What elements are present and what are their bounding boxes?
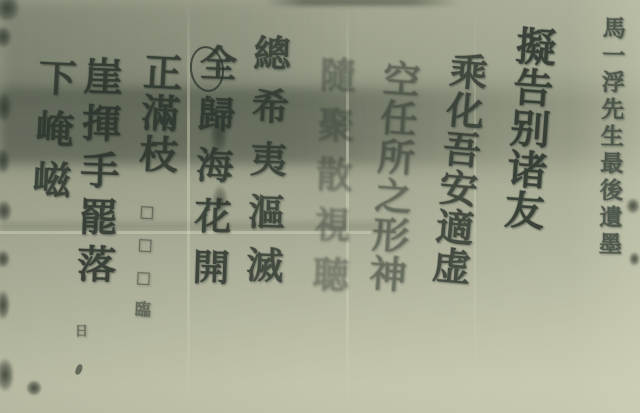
poem-column-7: 正滿枝 bbox=[126, 51, 188, 177]
poem-column-9: 下崦嵫 bbox=[20, 57, 83, 213]
ink-smudge bbox=[629, 252, 640, 266]
ink-smudge bbox=[0, 0, 20, 22]
ink-smudge bbox=[0, 200, 12, 222]
ink-smudge bbox=[0, 26, 12, 48]
ink-smudge bbox=[0, 358, 14, 392]
poem-column-3: 空任所之形神 bbox=[356, 58, 426, 295]
ink-smudge bbox=[26, 380, 42, 396]
ink-dot-mark bbox=[74, 363, 83, 375]
poem-column-4: 隨聚散視聴 bbox=[301, 55, 361, 307]
poem-column-5: 總希夷漚滅 bbox=[233, 33, 296, 300]
poem-title-column: 擬告别诸友 bbox=[492, 24, 563, 232]
ink-smudge bbox=[0, 92, 12, 122]
ink-smudge bbox=[626, 198, 640, 214]
poem-column-2: 乘化吾安適虚 bbox=[420, 50, 495, 288]
calligraphy-photo: 馬一浮先生最後遺墨 擬告别诸友 乘化吾安適虚 空任所之形神 隨聚散視聴 總希夷漚… bbox=[0, 0, 640, 413]
caption-column: 馬一浮先生最後遺墨 bbox=[592, 16, 629, 260]
top-edge-shadow bbox=[265, 0, 460, 6]
faint-small-characters: □□□臨 bbox=[129, 201, 159, 331]
ink-smudge bbox=[0, 148, 10, 174]
faint-small-character: 日 bbox=[70, 324, 89, 343]
ink-smudge bbox=[0, 290, 10, 320]
ink-smudge bbox=[0, 250, 10, 268]
